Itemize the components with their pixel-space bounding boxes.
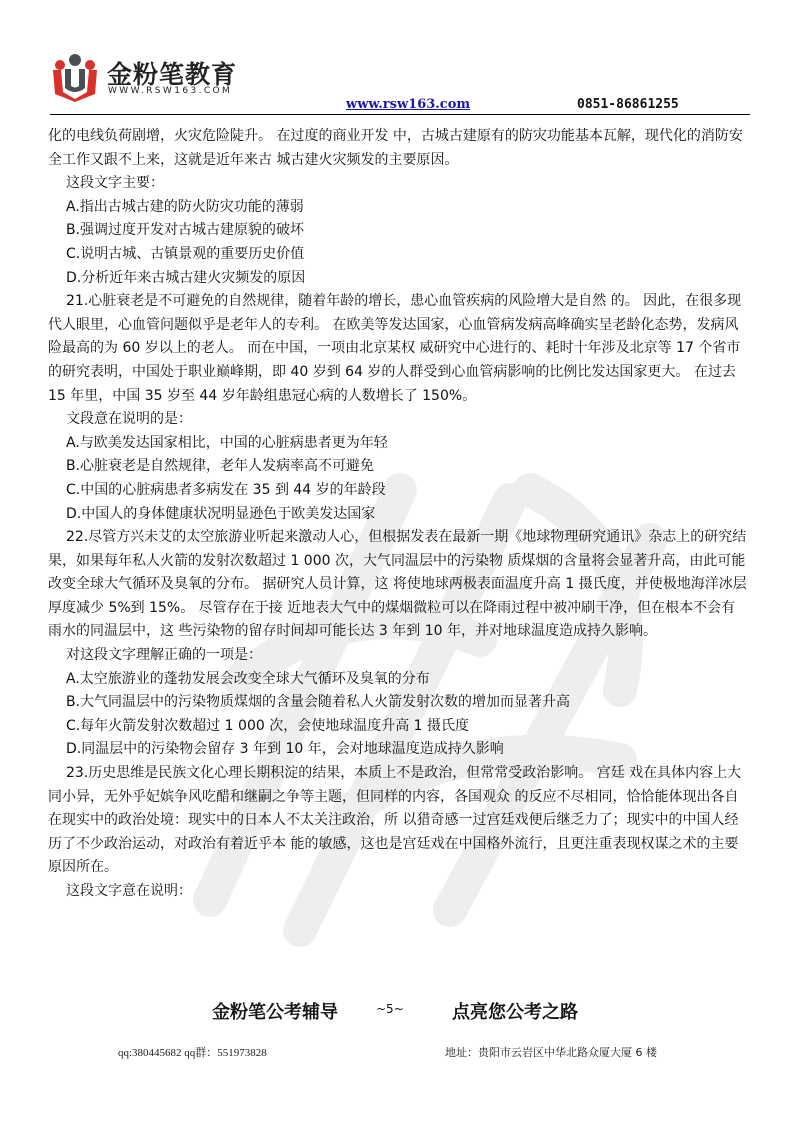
question-23-prompt: 这段文字意在说明： bbox=[48, 880, 748, 904]
question-22-passage: 22.尽管方兴未艾的太空旅游业听起来激动人心，但根据发表在最新一期《地球物理研究… bbox=[48, 526, 748, 644]
footer-slogan-right: 点亮您公考之路 bbox=[452, 998, 578, 1024]
footer-slogan-left: 金粉笔公考辅导 bbox=[212, 998, 338, 1024]
question-20-option-d: D.分析近年来古城古建火灾频发的原因 bbox=[48, 267, 748, 291]
question-20-option-b: B.强调过度开发对古城古建原貌的破坏 bbox=[48, 219, 748, 243]
question-21-prompt: 文段意在说明的是： bbox=[48, 408, 748, 432]
question-21-option-c: C.中国的心脏病患者多病发在 35 到 44 岁的年龄段 bbox=[48, 479, 748, 503]
question-22-option-a: A.太空旅游业的蓬勃发展会改变全球大气循环及臭氧的分布 bbox=[48, 668, 748, 692]
header-divider bbox=[50, 114, 750, 115]
footer-contact: qq:380445682 qq群：551973828 bbox=[118, 1044, 267, 1060]
question-22-prompt: 对这段文字理解正确的一项是： bbox=[48, 644, 748, 668]
question-22-option-c: C.每年火箭发射次数超过 1 000 次，会使地球温度升高 1 摄氏度 bbox=[48, 715, 748, 739]
footer-address: 地址：贵阳市云岩区中华北路众厦大厦 6 楼 bbox=[445, 1044, 657, 1060]
question-21-passage: 21.心脏衰老是不可避免的自然规律，随着年龄的增长，患心血管疾病的风险增大是自然… bbox=[48, 290, 748, 408]
question-22-option-b: B.大气同温层中的污染物质煤烟的含量会随着私人火箭发射次数的增加而显著升高 bbox=[48, 691, 748, 715]
paragraph-continued: 化的电线负荷剧增，火灾危险陡升。 在过度的商业开发 中，古城古建原有的防灾功能基… bbox=[48, 125, 748, 172]
question-20-prompt: 这段文字主要： bbox=[48, 172, 748, 196]
phone-number: 0851-86861255 bbox=[577, 97, 679, 112]
question-22-option-d: D.同温层中的污染物会留存 3 年到 10 年，会对地球温度造成持久影响 bbox=[48, 738, 748, 762]
question-21-option-a: A.与欧美发达国家相比，中国的心脏病患者更为年轻 bbox=[48, 432, 748, 456]
question-20-option-a: A.指出古城古建的防火防灾功能的薄弱 bbox=[48, 196, 748, 220]
website-link[interactable]: www.rsw163.com bbox=[346, 97, 470, 112]
logo-shield-icon bbox=[50, 52, 100, 102]
page-header: 金粉笔教育 WWW.RSW163.COM www.rsw163.com 0851… bbox=[0, 0, 793, 115]
document-body: 化的电线负荷剧增，火灾危险陡升。 在过度的商业开发 中，古城古建原有的防灾功能基… bbox=[48, 125, 748, 904]
page-number: ~5~ bbox=[376, 1002, 404, 1016]
logo-url: WWW.RSW163.COM bbox=[108, 86, 232, 96]
question-20-option-c: C.说明古城、古镇景观的重要历史价值 bbox=[48, 243, 748, 267]
question-23-passage: 23.历史思维是民族文化心理长期积淀的结果，本质上不是政治，但常常受政治影响。 … bbox=[48, 762, 748, 880]
question-21-option-d: D.中国人的身体健康状况明显逊色于欧美发达国家 bbox=[48, 503, 748, 527]
brand-logo: 金粉笔教育 WWW.RSW163.COM bbox=[50, 52, 250, 102]
question-21-option-b: B.心脏衰老是自然规律，老年人发病率高不可避免 bbox=[48, 455, 748, 479]
